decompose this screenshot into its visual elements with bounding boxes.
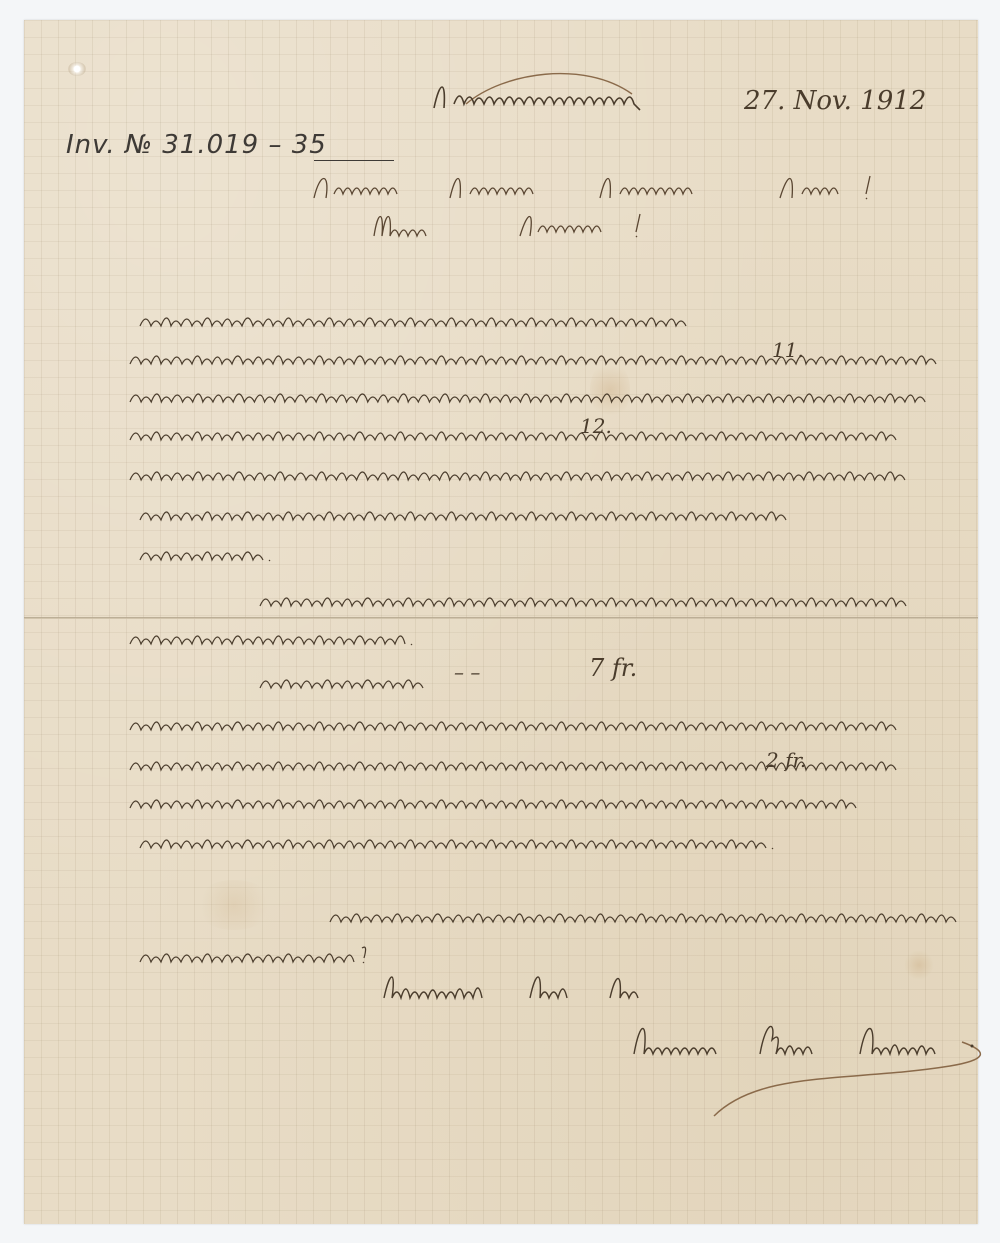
body-line	[130, 710, 990, 734]
body-line	[140, 306, 720, 330]
body-line	[140, 942, 380, 966]
place-name-script	[432, 78, 732, 112]
price-dash: – –	[454, 660, 480, 684]
price-token-2: 2 fr.	[766, 748, 806, 772]
date-numeral: 11.	[772, 338, 804, 362]
paper-stain	[194, 880, 274, 930]
fold-line	[24, 617, 978, 619]
body-line	[260, 668, 440, 692]
greeting-script	[370, 210, 670, 238]
body-line	[130, 788, 970, 812]
inventory-number: Inv. № 31.019 – 35	[66, 130, 327, 160]
body-line	[130, 750, 990, 774]
body-line	[130, 382, 1000, 406]
duration-numeral: 12.	[580, 414, 612, 438]
body-line	[140, 500, 920, 524]
body-line	[330, 902, 970, 926]
body-line	[260, 586, 890, 610]
body-line	[140, 540, 280, 564]
body-line	[140, 828, 780, 852]
body-line	[130, 420, 990, 444]
pin-hole-mark	[68, 62, 86, 76]
paper-stain	[904, 950, 934, 980]
price-token: 7 fr.	[589, 654, 637, 682]
letter-page: Inv. № 31.019 – 35 27. Nov. 1912 – – 7 f…	[24, 20, 978, 1224]
body-line	[130, 624, 430, 648]
letter-date: 27. Nov. 1912	[744, 86, 926, 116]
valediction-script	[380, 970, 700, 1000]
body-line	[130, 460, 1000, 484]
body-line	[130, 344, 990, 368]
inventory-underline	[314, 160, 394, 161]
address-line-script	[310, 172, 950, 200]
signature-flourish	[700, 1040, 990, 1120]
